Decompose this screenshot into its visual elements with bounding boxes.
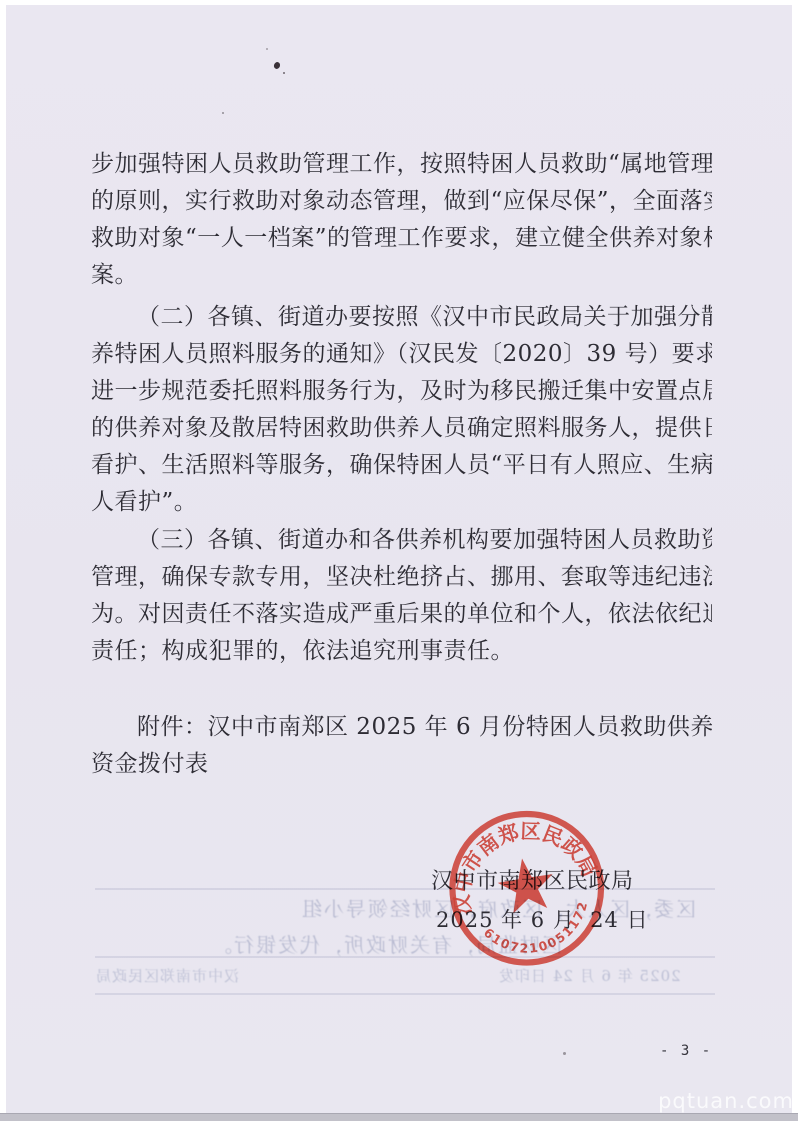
watermark: pqtuan.com	[658, 1089, 794, 1113]
body-line: （二）各镇、街道办要按照《汉中市民政局关于加强分散供	[91, 299, 712, 336]
body-line: 养特困人员照料服务的通知》（汉民发〔2020〕39 号）要求，	[91, 336, 712, 373]
body-line: 责任；构成犯罪的，依法追究刑事责任。	[91, 633, 712, 670]
paragraph-2: （二）各镇、街道办要按照《汉中市民政局关于加强分散供 养特困人员照料服务的通知》…	[91, 299, 712, 521]
body-line: 救助对象“一人一档案”的管理工作要求，建立健全供养对象档	[91, 220, 712, 257]
paragraph-1: 步加强特困人员救助管理工作，按照特困人员救助“属地管理” 的原则，实行救助对象动…	[91, 146, 712, 294]
seal-star-icon	[495, 854, 558, 915]
body-line: 人看护”。	[91, 484, 712, 521]
body-line: 步加强特困人员救助管理工作，按照特困人员救助“属地管理”	[91, 146, 712, 183]
scan-edge	[0, 1113, 798, 1121]
body-line: （三）各镇、街道办和各供养机构要加强特困人员救助资金	[91, 522, 712, 559]
body-line: 的供养对象及散居特困救助供养人员确定照料服务人，提供日常	[91, 410, 712, 447]
scanned-document-page: { "page": { "page_number": "- 3 -", "wat…	[0, 0, 798, 1121]
body-line: 资金拨付表	[91, 746, 712, 783]
page-number: - 3 -	[660, 1043, 712, 1059]
ink-speck	[563, 1052, 566, 1055]
ink-speck	[266, 48, 268, 50]
document-body: 步加强特困人员救助管理工作，按照特困人员救助“属地管理” 的原则，实行救助对象动…	[91, 146, 712, 783]
body-line: 进一步规范委托照料服务行为，及时为移民搬迁集中安置点居住	[91, 373, 712, 410]
official-seal: 汉中市南郑区民政局 6107210051172	[426, 793, 628, 987]
body-line: 案。	[91, 257, 712, 294]
body-line: 管理，确保专款专用，坚决杜绝挤占、挪用、套取等违纪违法行	[91, 559, 712, 596]
body-line: 附件：汉中市南郑区 2025 年 6 月份特困人员救助供养补助	[91, 709, 712, 746]
body-line: 的原则，实行救助对象动态管理，做到“应保尽保”，全面落实	[91, 183, 712, 220]
attachment-note: 附件：汉中市南郑区 2025 年 6 月份特困人员救助供养补助 资金拨付表	[91, 709, 712, 783]
ink-speck	[283, 72, 285, 74]
body-line: 为。对因责任不落实造成严重后果的单位和个人，依法依纪追究	[91, 596, 712, 633]
body-line: 看护、生活照料等服务，确保特困人员“平日有人照应、生病有	[91, 447, 712, 484]
paragraph-3: （三）各镇、街道办和各供养机构要加强特困人员救助资金 管理，确保专款专用，坚决杜…	[91, 522, 712, 670]
ink-speck	[222, 112, 224, 114]
